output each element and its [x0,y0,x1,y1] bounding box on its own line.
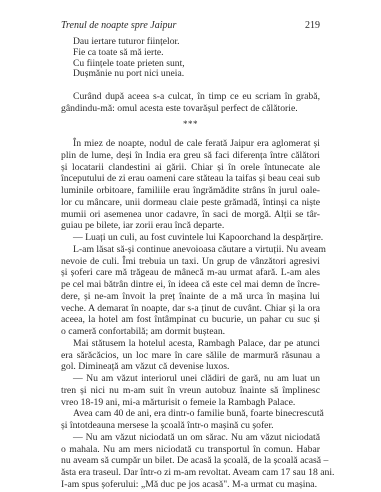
text-line: vreo 18-19 ani, mi-a mărturisit o femeie… [61,397,320,409]
page-number: 219 [305,20,320,32]
running-header: Trenul de noapte spre Jaipur 219 [61,20,320,32]
text-line: În miez de noapte, nodul de cale ferată … [61,138,320,150]
text-line: și șoferi care mă trăgeau de mânecă m-au… [61,267,320,279]
text-line: nevoie de culi. Îmi trebuia un taxi. Un … [61,256,320,268]
text-line: o cameră confortabilă; am dormit buștean… [61,326,320,338]
text-line: lor cu mâncare, unii dormeau claie peste… [61,197,320,209]
text-line: veche. A demarat în noapte, dar s-a ținu… [61,303,320,315]
text-line: Curând după aceea s-a culcat, în timp ce… [61,91,320,103]
text-line: I-am spus șoferului: „Mă duc pe jos acas… [61,479,320,491]
text-line: pe cel mai bătrân dintre ei, în ideea că… [61,279,320,291]
text-line: Mai stătusem la hotelul acesta, Rambagh … [61,338,320,350]
text-line: era sărăcăcios, un loc mare în care săli… [61,350,320,362]
text-line: începutului de zi erau oameni care stăte… [61,173,320,185]
text-line: luminile orbitoare, familiile erau îngră… [61,185,320,197]
text-line: L-am lăsat să-și continue anevoioasa cău… [61,244,320,256]
running-title: Trenul de noapte spre Jaipur [61,20,176,32]
text-line: plin de lume, deși în India era greu să … [61,150,320,162]
text-line: — Luați un culi, au fost cuvintele lui K… [61,232,320,244]
poem-line: Fie ca toate să mă ierte. [73,48,185,59]
text-line: o mahala. Nu am mers niciodată cu transp… [61,444,320,456]
poem-line: Dușmănie nu port nici uneia. [73,69,185,80]
text-line: gândindu-mă: omul acesta este tovarășul … [61,103,320,115]
paragraph-section-2: În miez de noapte, nodul de cale ferată … [61,138,320,491]
paragraph-section-1: Curând după aceea s-a culcat, în timp ce… [61,91,320,115]
text-line: dere, și ne-am învoit la preț înainte de… [61,291,320,303]
text-line: ăsta era traseul. Dar într-o zi m-am rev… [61,467,320,479]
text-line: și locatarii clandestini ai gării. Chiar… [61,162,320,174]
text-line: și întotdeauna mersese la școală într-o … [61,420,320,432]
text-line: gol. Dimineață am văzut că devenise luxo… [61,361,320,373]
text-line: — Nu am văzut niciodată un om sărac. Nu … [61,432,320,444]
text-line: — Nu am văzut interiorul unei clădiri de… [61,373,320,385]
section-separator: *** [61,119,320,129]
text-line: aceea, la hotel am fost întâmpinat cu bu… [61,314,320,326]
text-line: guiau pe bilete, iar zorii erau încă dep… [61,220,320,232]
poem-stanza: Dau iertare tuturor ființelor. Fie ca to… [73,37,185,80]
text-line: nu aveam să cumpăr un bilet. De acasă la… [61,455,320,467]
text-line: tren și nici nu m-am suit în vreun autob… [61,385,320,397]
text-line: mumii ori asemenea unor cadavre, în saci… [61,209,320,221]
text-line: Avea cam 40 de ani, era dintr-o familie … [61,408,320,420]
